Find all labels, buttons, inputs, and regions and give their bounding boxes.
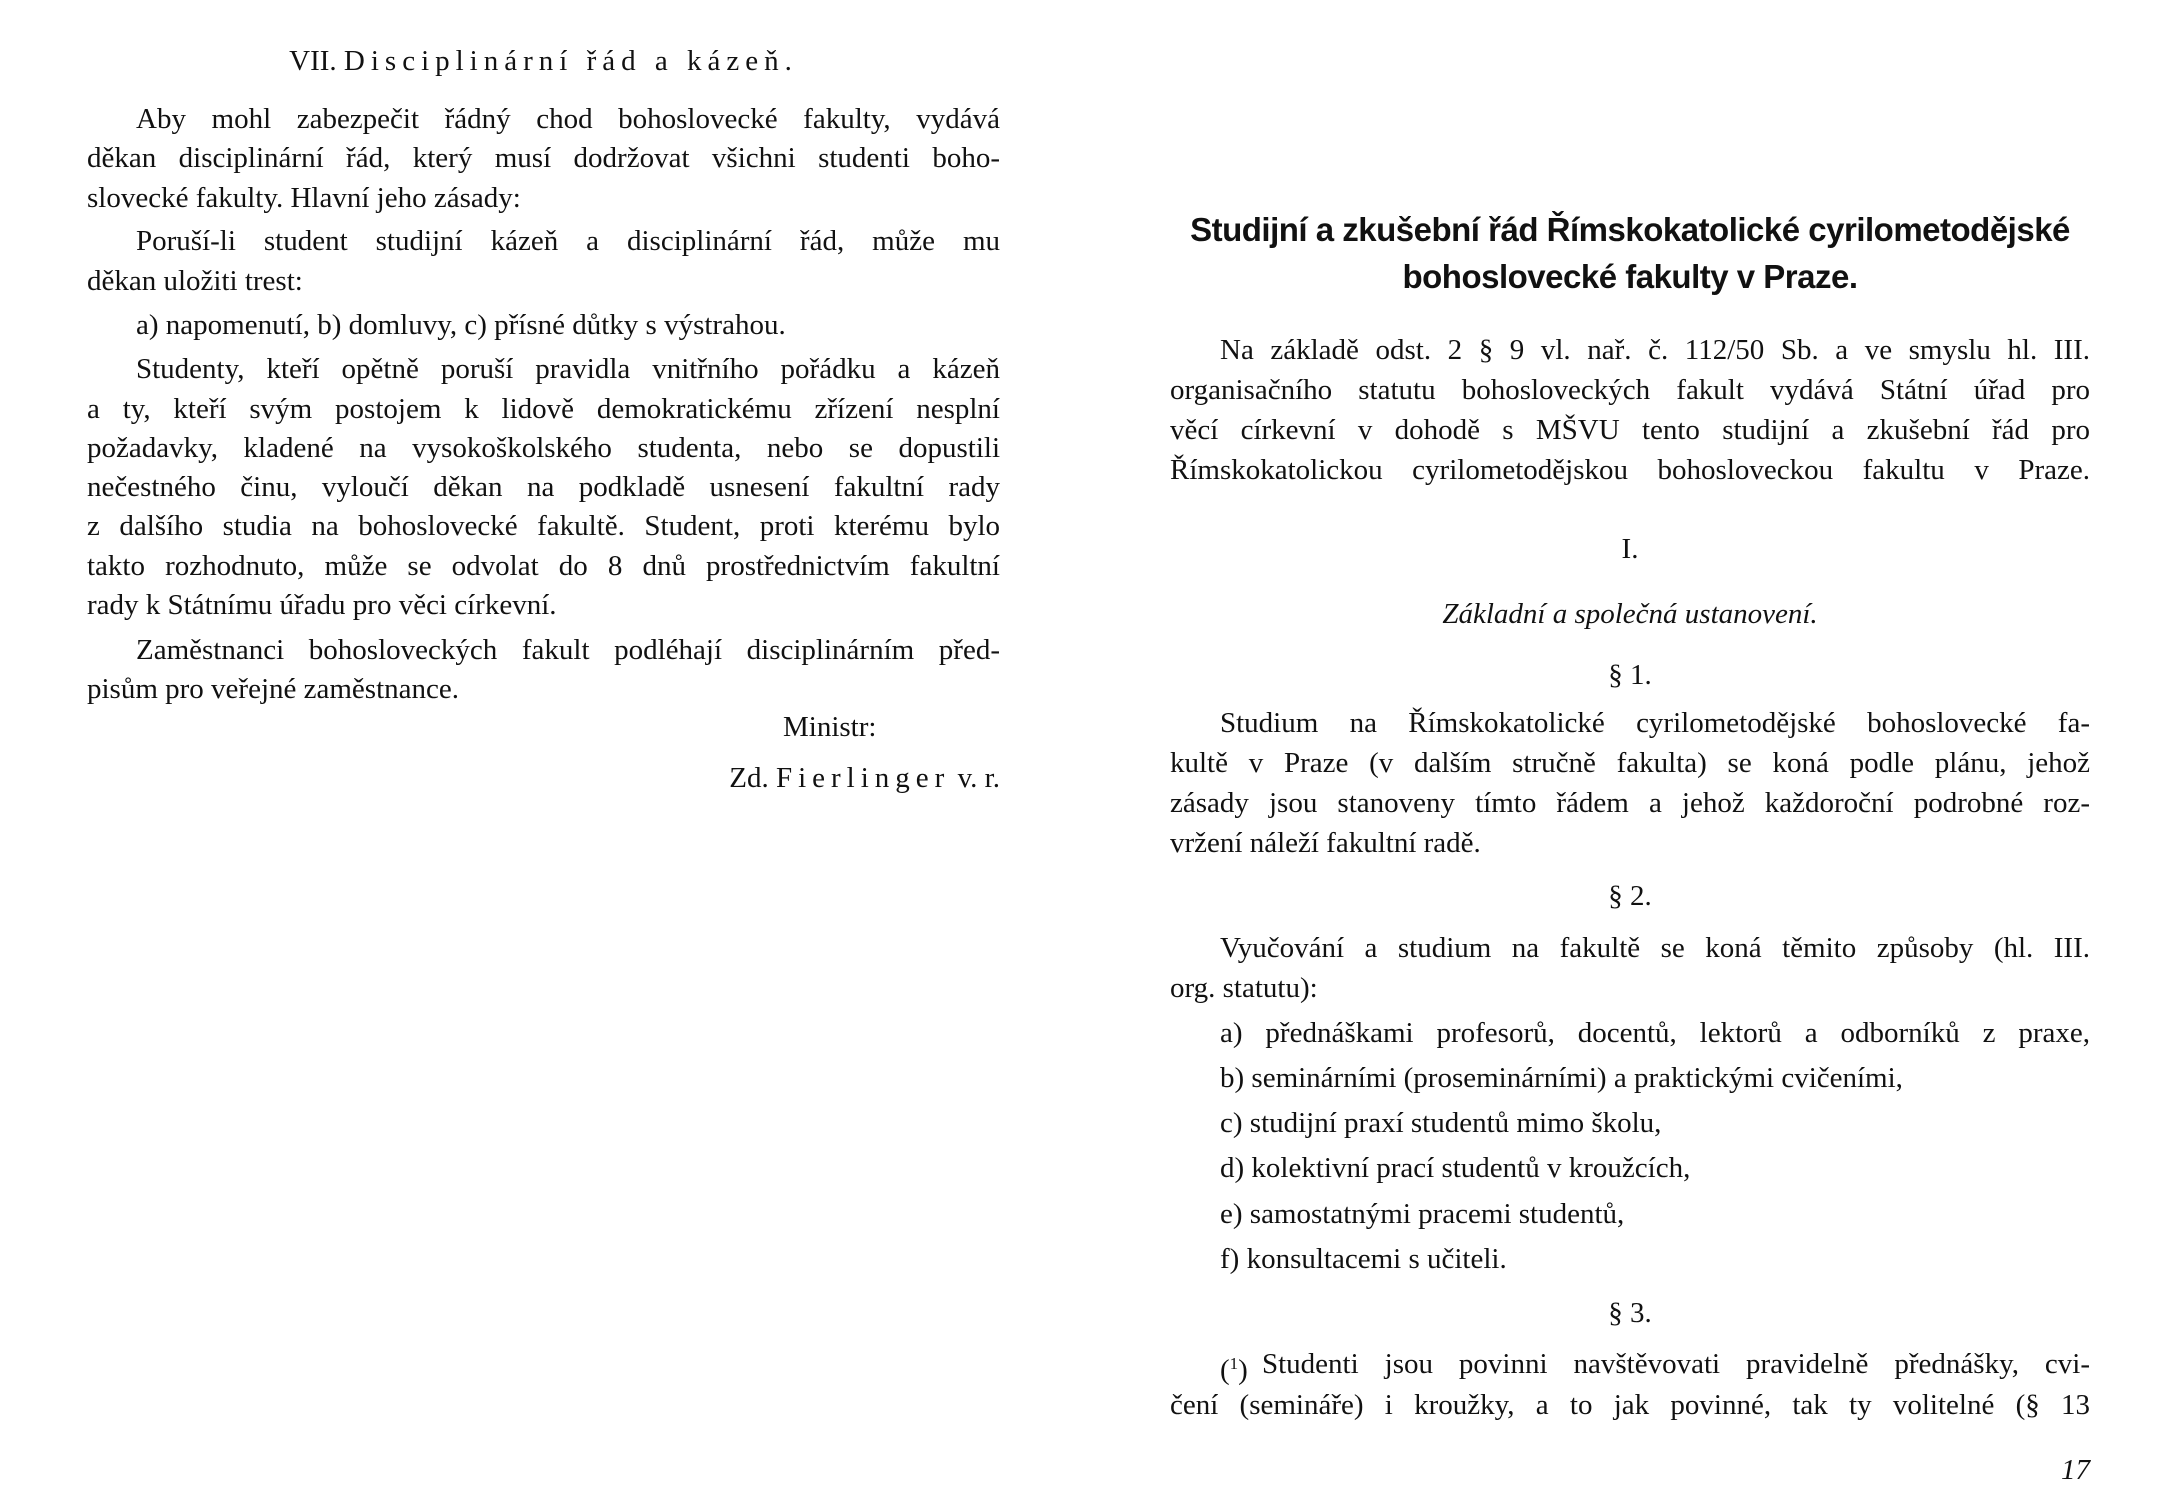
section-label-2: § 2. xyxy=(1170,876,2090,916)
section-label-1: § 1. xyxy=(1170,655,2090,695)
section-label-3: § 3. xyxy=(1170,1293,2090,1333)
list-item-b: b) seminárními (proseminárními) a prakti… xyxy=(1220,1058,2090,1098)
section-1-line: kultě v Praze (v dalším stručně fakulta)… xyxy=(1170,743,2090,783)
list-item-f: f) konsultacemi s učiteli. xyxy=(1220,1239,2090,1279)
section-1-line: Studium na Římskokatolické cyrilometoděj… xyxy=(1220,703,2090,743)
preamble-line: Na základě odst. 2 § 9 vl. nař. č. 112/5… xyxy=(1220,330,2090,370)
footnote-number: 1 xyxy=(1230,1354,1239,1373)
preamble-line: Římskokatolickou cyrilometodějskou bohos… xyxy=(1170,450,2090,490)
part-number: I. xyxy=(1170,529,2090,569)
list-item-a: a) přednáškami profesorů, docentů, lekto… xyxy=(1220,1013,2090,1053)
list-item-c: c) studijní praxí studentů mimo školu, xyxy=(1220,1103,2090,1143)
preamble-line: organisačního statutu bohosloveckých fak… xyxy=(1170,370,2090,410)
document-title-line-1: Studijní a zkušební řád Římskokatolické … xyxy=(1150,207,2110,253)
footnote-mark: (1) xyxy=(1220,1344,1266,1384)
section-3-line: čení (semináře) i kroužky, a to jak povi… xyxy=(1170,1385,2090,1425)
right-page: Studijní a zkušební řád Římskokatolické … xyxy=(0,0,2174,1500)
page-number: 17 xyxy=(1990,1450,2090,1490)
section-2-line: org. statutu): xyxy=(1170,968,2090,1008)
list-item-d: d) kolektivní prací studentů v kroužcích… xyxy=(1220,1148,2090,1188)
preamble-line: věcí církevní v dohodě s MŠVU tento stud… xyxy=(1170,410,2090,450)
document-title-line-2: bohoslovecké fakulty v Praze. xyxy=(1150,254,2110,300)
section-1-line: vržení náleží fakultní radě. xyxy=(1170,823,2090,863)
section-2-line: Vyučování a studium na fakultě se koná t… xyxy=(1220,928,2090,968)
section-1-line: zásady jsou stanoveny tímto řádem a jeho… xyxy=(1170,783,2090,823)
part-title: Základní a společná ustanovení. xyxy=(1170,594,2090,634)
section-3-line: Studenti jsou povinni navštěvovati pravi… xyxy=(1262,1344,2090,1384)
list-item-e: e) samostatnými pracemi studentů, xyxy=(1220,1194,2090,1234)
